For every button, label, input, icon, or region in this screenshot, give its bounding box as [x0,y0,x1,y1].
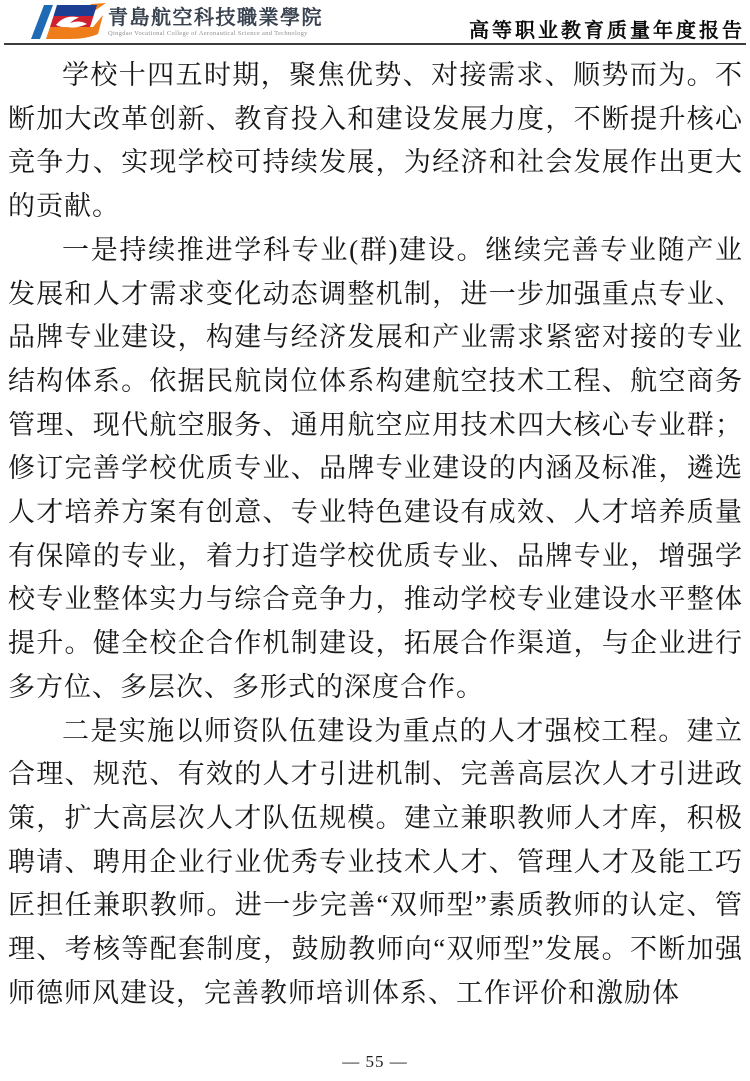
school-logo-icon [29,2,107,42]
school-name-block: 青島航空科技職業學院 Qingdao Vocational College of… [108,7,323,37]
header-divider [4,43,746,45]
document-body: 学校十四五时期，聚焦优势、对接需求、顺势而为。不断加大改革创新、教育投入和建设发… [8,54,743,1015]
page-number: — 55 — [342,1052,408,1071]
paragraph-3: 二是实施以师资队伍建设为重点的人才强校工程。建立合理、规范、有效的人才引进机制、… [8,710,743,1016]
document-page: 青島航空科技職業學院 Qingdao Vocational College of… [0,0,750,1081]
school-name: 青島航空科技職業學院 [108,7,323,29]
page-footer: — 55 — [0,1052,750,1072]
school-name-english: Qingdao Vocational College of Aeronautic… [108,30,323,37]
paragraph-1: 学校十四五时期，聚焦优势、对接需求、顺势而为。不断加大改革创新、教育投入和建设发… [8,54,743,229]
paragraph-2: 一是持续推进学科专业(群)建设。继续完善专业随产业发展和人才需求变化动态调整机制… [8,229,743,710]
page-header: 青島航空科技職業學院 Qingdao Vocational College of… [0,0,750,46]
report-title: 高等职业教育质量年度报告 [469,14,745,43]
logo-band-navy [54,5,98,16]
